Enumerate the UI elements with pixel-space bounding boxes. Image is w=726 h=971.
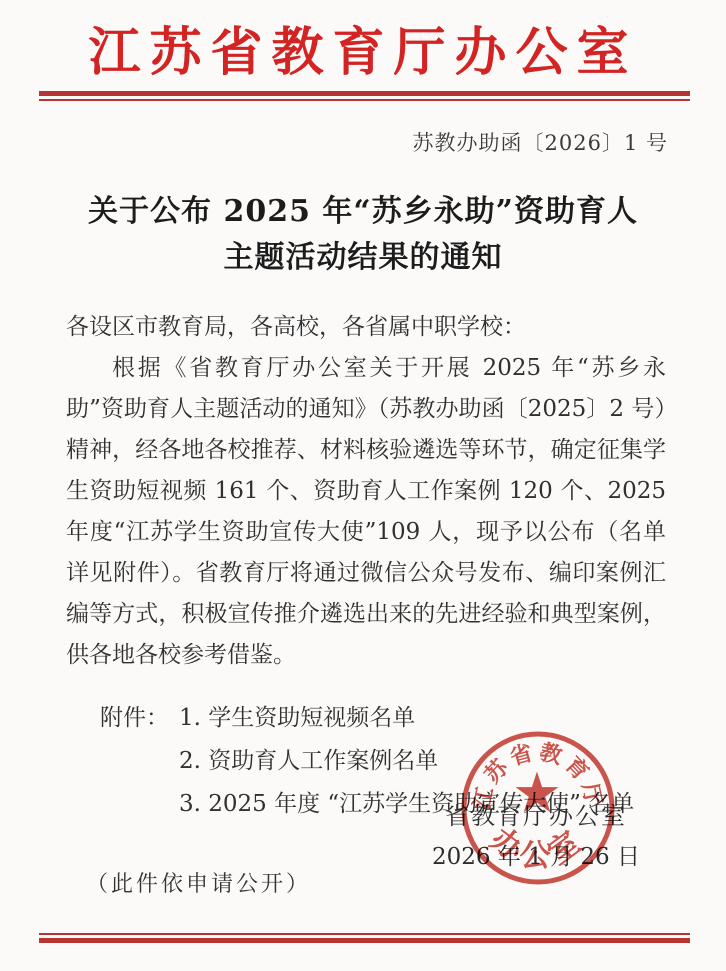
signature-issuer: 省教育厅办公室: [432, 801, 640, 831]
body-paragraph: 根据《省教育厅办公室关于开展 2025 年“苏乡永助”资助育人主题活动的通知》（…: [66, 348, 666, 676]
document-number: 苏教办助函〔2026〕1 号: [0, 128, 668, 158]
letterhead-divider: [39, 91, 690, 101]
attachment-item: 2. 资助育人工作案例名单: [179, 740, 634, 783]
attachments-label: 附件：: [100, 697, 169, 826]
footer-divider: [39, 933, 690, 943]
issuer-letterhead: 江苏省教育厅办公室: [0, 0, 726, 86]
attachment-item: 1. 学生资助短视频名单: [179, 697, 634, 740]
divider-thick-bar: [39, 938, 690, 943]
issue-date: 2026 年 1 月 26 日: [432, 842, 640, 872]
notice-title-line1: 关于公布 2025 年“苏乡永助”资助育人: [0, 189, 726, 235]
divider-thin-bar: [39, 99, 690, 101]
signature-block: 省教育厅办公室 2026 年 1 月 26 日: [432, 801, 640, 872]
document-body: 各设区市教育局，各高校，各省属中职学校： 根据《省教育厅办公室关于开展 2025…: [66, 307, 666, 676]
document-page: 江苏省教育厅办公室 苏教办助函〔2026〕1 号 关于公布 2025 年“苏乡永…: [0, 0, 726, 971]
notice-title-line2: 主题活动结果的通知: [0, 235, 726, 281]
notice-title: 关于公布 2025 年“苏乡永助”资助育人 主题活动结果的通知: [0, 189, 726, 281]
salutation: 各设区市教育局，各高校，各省属中职学校：: [66, 307, 666, 348]
disclosure-note: （此件依申请公开）: [86, 870, 311, 900]
